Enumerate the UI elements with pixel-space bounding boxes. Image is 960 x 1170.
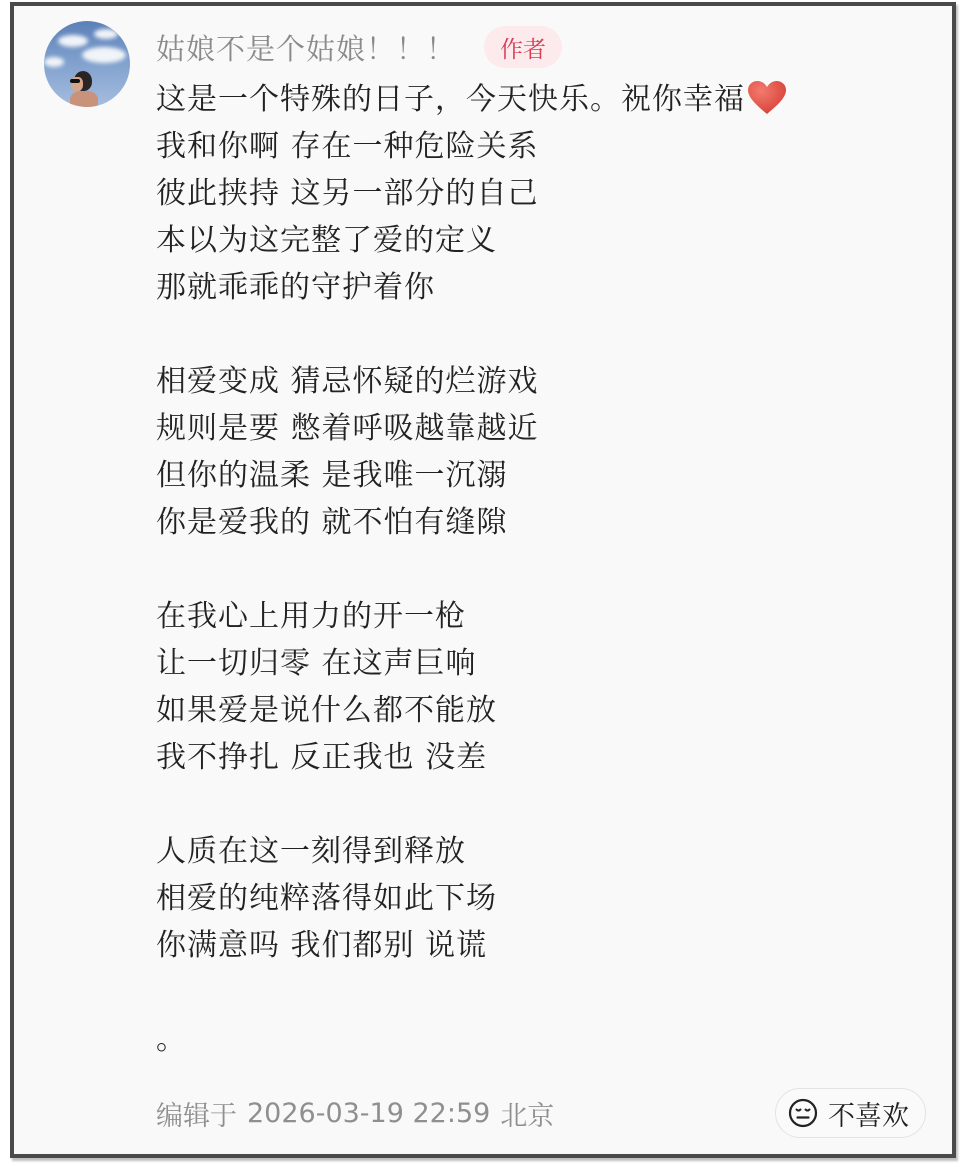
comment-line: 让一切归零 在这声巨响	[156, 640, 946, 687]
comment-header: 姑娘不是个姑娘！！！ 作者	[156, 24, 562, 70]
blank-line	[156, 311, 946, 358]
sunglasses	[70, 79, 80, 83]
author-badge: 作者	[484, 26, 562, 68]
dislike-button[interactable]: 不喜欢	[775, 1088, 926, 1138]
cloud-shape	[94, 29, 118, 39]
blank-line	[156, 546, 946, 593]
comment-line: 相爱变成 猜忌怀疑的烂游戏	[156, 358, 946, 405]
comment-line: 但你的温柔 是我唯一沉溺	[156, 452, 946, 499]
location: 北京	[500, 1094, 554, 1133]
timestamp: 2026-03-19 22:59	[247, 1098, 490, 1129]
edited-label: 编辑于	[156, 1094, 237, 1133]
username[interactable]: 姑娘不是个姑娘！！！	[156, 27, 456, 68]
avatar[interactable]	[44, 21, 130, 107]
comment-line: 相爱的纯粹落得如此下场	[156, 875, 946, 922]
comment-line: 。	[156, 1016, 946, 1063]
comment-line: 在我心上用力的开一枪	[156, 593, 946, 640]
comment-card: 姑娘不是个姑娘！！！ 作者 这是一个特殊的日子，今天快乐。祝你幸福 我和你啊 存…	[10, 2, 956, 1158]
cloud-shape	[82, 47, 126, 63]
comment-line: 这是一个特殊的日子，今天快乐。祝你幸福	[156, 76, 946, 123]
comment-meta: 编辑于 2026-03-19 22:59 北京	[156, 1088, 554, 1138]
comment-line: 你是爱我的 就不怕有缝隙	[156, 499, 946, 546]
comment-line: 那就乖乖的守护着你	[156, 264, 946, 311]
comment-line: 人质在这一刻得到释放	[156, 828, 946, 875]
blank-line	[156, 781, 946, 828]
comment-line: 本以为这完整了爱的定义	[156, 217, 946, 264]
comment-line: 我不挣扎 反正我也 没差	[156, 734, 946, 781]
comment-body: 这是一个特殊的日子，今天快乐。祝你幸福 我和你啊 存在一种危险关系 彼此挟持 这…	[156, 76, 946, 1063]
comment-line: 我和你啊 存在一种危险关系	[156, 123, 946, 170]
comment-line-text: 这是一个特殊的日子，今天快乐。祝你幸福	[156, 82, 745, 117]
cloud-shape	[58, 35, 88, 47]
dislike-label: 不喜欢	[828, 1094, 909, 1133]
expressionless-face-icon	[788, 1098, 818, 1128]
blank-line	[156, 969, 946, 1016]
comment-line: 规则是要 憋着呼吸越靠越近	[156, 405, 946, 452]
person-body	[70, 91, 98, 107]
red-heart-icon	[747, 79, 787, 117]
comment-line: 彼此挟持 这另一部分的自己	[156, 170, 946, 217]
comment-line: 你满意吗 我们都别 说谎	[156, 922, 946, 969]
comment-line: 如果爱是说什么都不能放	[156, 687, 946, 734]
cloud-shape	[44, 57, 64, 67]
